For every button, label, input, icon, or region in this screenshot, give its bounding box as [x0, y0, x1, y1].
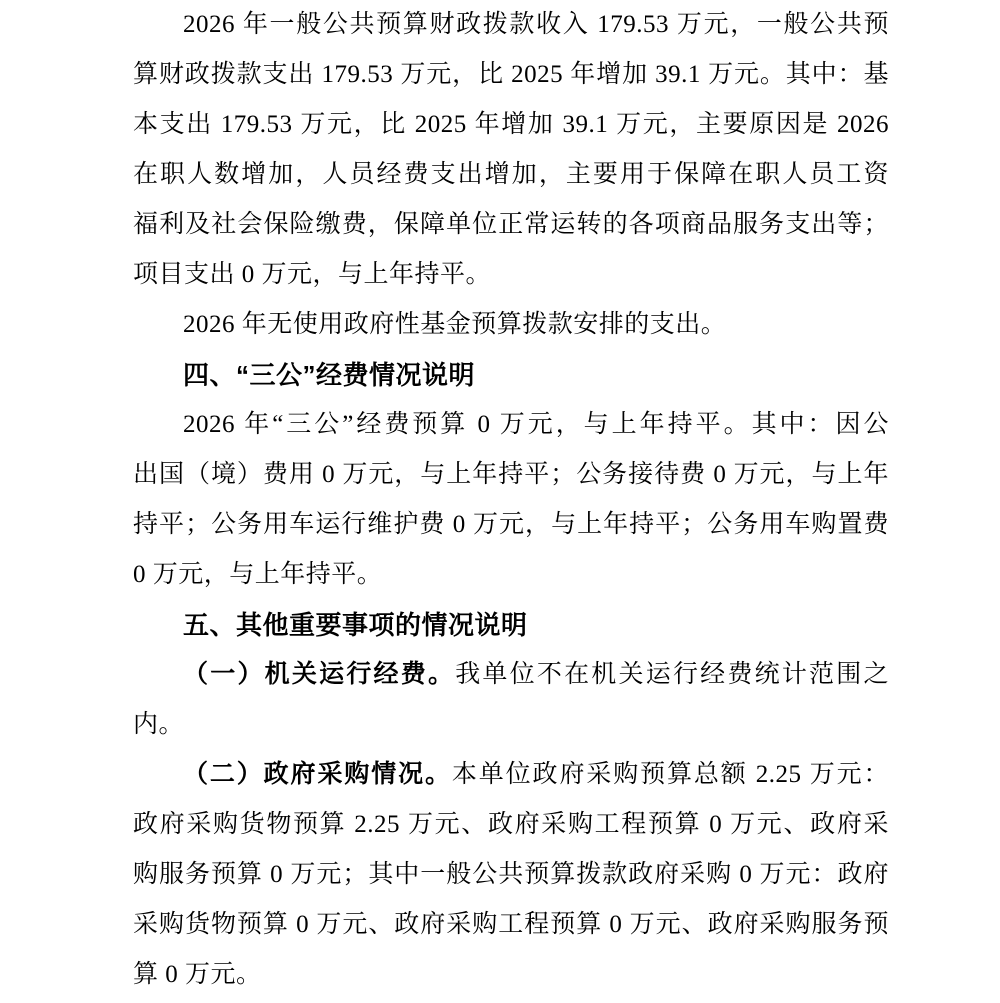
text-line: 福利及社会保险缴费，保障单位正常运转的各项商品服务支出等；: [133, 200, 889, 250]
text-segment: 政府采购货物预算 2.25 万元、政府采购工程预算 0 万元、政府采: [133, 811, 889, 838]
government-procurement-paragraph: （二）政府采购情况。本单位政府采购预算总额 2.25 万元：政府采购货物预算 2…: [133, 750, 889, 1000]
text-line: 四、“三公”经费情况说明: [133, 350, 889, 400]
document-content: 2026 年一般公共预算财政拨款收入 179.53 万元，一般公共预算财政拨款支…: [133, 0, 889, 1000]
text-line: （二）政府采购情况。本单位政府采购预算总额 2.25 万元：: [133, 750, 889, 800]
text-segment: 0 万元，与上年持平。: [133, 561, 382, 588]
text-segment: 购服务预算 0 万元；其中一般公共预算拨款政府采购 0 万元：政府: [133, 861, 889, 888]
text-line: 购服务预算 0 万元；其中一般公共预算拨款政府采购 0 万元：政府: [133, 850, 889, 900]
government-fund-paragraph: 2026 年无使用政府性基金预算拨款安排的支出。: [133, 300, 889, 350]
text-line: 在职人数增加，人员经费支出增加，主要用于保障在职人员工资: [133, 150, 889, 200]
three-public-expenses-paragraph: 2026 年“三公”经费预算 0 万元，与上年持平。其中：因公出国（境）费用 0…: [133, 400, 889, 600]
subsection-title-segment: （一）机关运行经费。: [183, 661, 455, 688]
text-line: 2026 年无使用政府性基金预算拨款安排的支出。: [133, 300, 889, 350]
section-heading-four: 四、“三公”经费情况说明: [133, 350, 889, 400]
agency-operation-paragraph: （一）机关运行经费。我单位不在机关运行经费统计范围之内。: [133, 650, 889, 750]
text-line: 内。: [133, 700, 889, 750]
section-heading-five: 五、其他重要事项的情况说明: [133, 600, 889, 650]
text-segment: 算 0 万元。: [133, 961, 262, 988]
text-segment: 出国（境）费用 0 万元，与上年持平；公务接待费 0 万元，与上年: [133, 461, 889, 488]
text-segment: 算财政拨款支出 179.53 万元，比 2025 年增加 39.1 万元。其中：…: [133, 61, 889, 88]
text-segment: 本支出 179.53 万元，比 2025 年增加 39.1 万元，主要原因是 2…: [133, 111, 889, 150]
text-segment: 在职人数增加，人员经费支出增加，主要用于保障在职人员工资: [133, 161, 889, 188]
text-line: 0 万元，与上年持平。: [133, 550, 889, 600]
text-line: 政府采购货物预算 2.25 万元、政府采购工程预算 0 万元、政府采: [133, 800, 889, 850]
text-segment: 2026 年“三公”经费预算 0 万元，与上年持平。其中：因公: [183, 411, 889, 438]
subsection-title-segment: 四、“三公”经费情况说明: [183, 360, 475, 390]
text-line: 持平；公务用车运行维护费 0 万元，与上年持平；公务用车购置费: [133, 500, 889, 550]
text-line: 本支出 179.53 万元，比 2025 年增加 39.1 万元，主要原因是 2…: [133, 100, 889, 150]
subsection-title-segment: （二）政府采购情况。: [183, 761, 452, 788]
text-segment: 持平；公务用车运行维护费 0 万元，与上年持平；公务用车购置费: [133, 511, 889, 538]
text-segment: 福利及社会保险缴费，保障单位正常运转的各项商品服务支出等；: [133, 211, 889, 238]
text-line: 2026 年“三公”经费预算 0 万元，与上年持平。其中：因公: [133, 400, 889, 450]
text-segment: 内。: [133, 711, 184, 738]
fiscal-appropriation-paragraph: 2026 年一般公共预算财政拨款收入 179.53 万元，一般公共预算财政拨款支…: [133, 0, 889, 300]
text-line: 2026 年一般公共预算财政拨款收入 179.53 万元，一般公共预: [133, 0, 889, 50]
text-segment: 2026 年一般公共预算财政拨款收入 179.53 万元，一般公共预: [183, 11, 889, 38]
text-line: 算 0 万元。: [133, 950, 889, 1000]
text-segment: 我单位不在机关运行经费统计范围之: [455, 661, 889, 688]
document-page: 2026 年一般公共预算财政拨款收入 179.53 万元，一般公共预算财政拨款支…: [0, 0, 1000, 1003]
text-segment: 项目支出 0 万元，与上年持平。: [133, 261, 491, 288]
text-line: 采购货物预算 0 万元、政府采购工程预算 0 万元、政府采购服务预: [133, 900, 889, 950]
text-line: （一）机关运行经费。我单位不在机关运行经费统计范围之: [133, 650, 889, 700]
text-segment: 采购货物预算 0 万元、政府采购工程预算 0 万元、政府采购服务预: [133, 911, 889, 938]
text-line: 五、其他重要事项的情况说明: [133, 600, 889, 650]
text-segment: 2026 年无使用政府性基金预算拨款安排的支出。: [183, 311, 726, 338]
text-line: 出国（境）费用 0 万元，与上年持平；公务接待费 0 万元，与上年: [133, 450, 889, 500]
text-segment: 本单位政府采购预算总额 2.25 万元：: [452, 761, 889, 788]
subsection-title-segment: 五、其他重要事项的情况说明: [183, 610, 528, 640]
text-line: 项目支出 0 万元，与上年持平。: [133, 250, 889, 300]
text-line: 算财政拨款支出 179.53 万元，比 2025 年增加 39.1 万元。其中：…: [133, 50, 889, 100]
